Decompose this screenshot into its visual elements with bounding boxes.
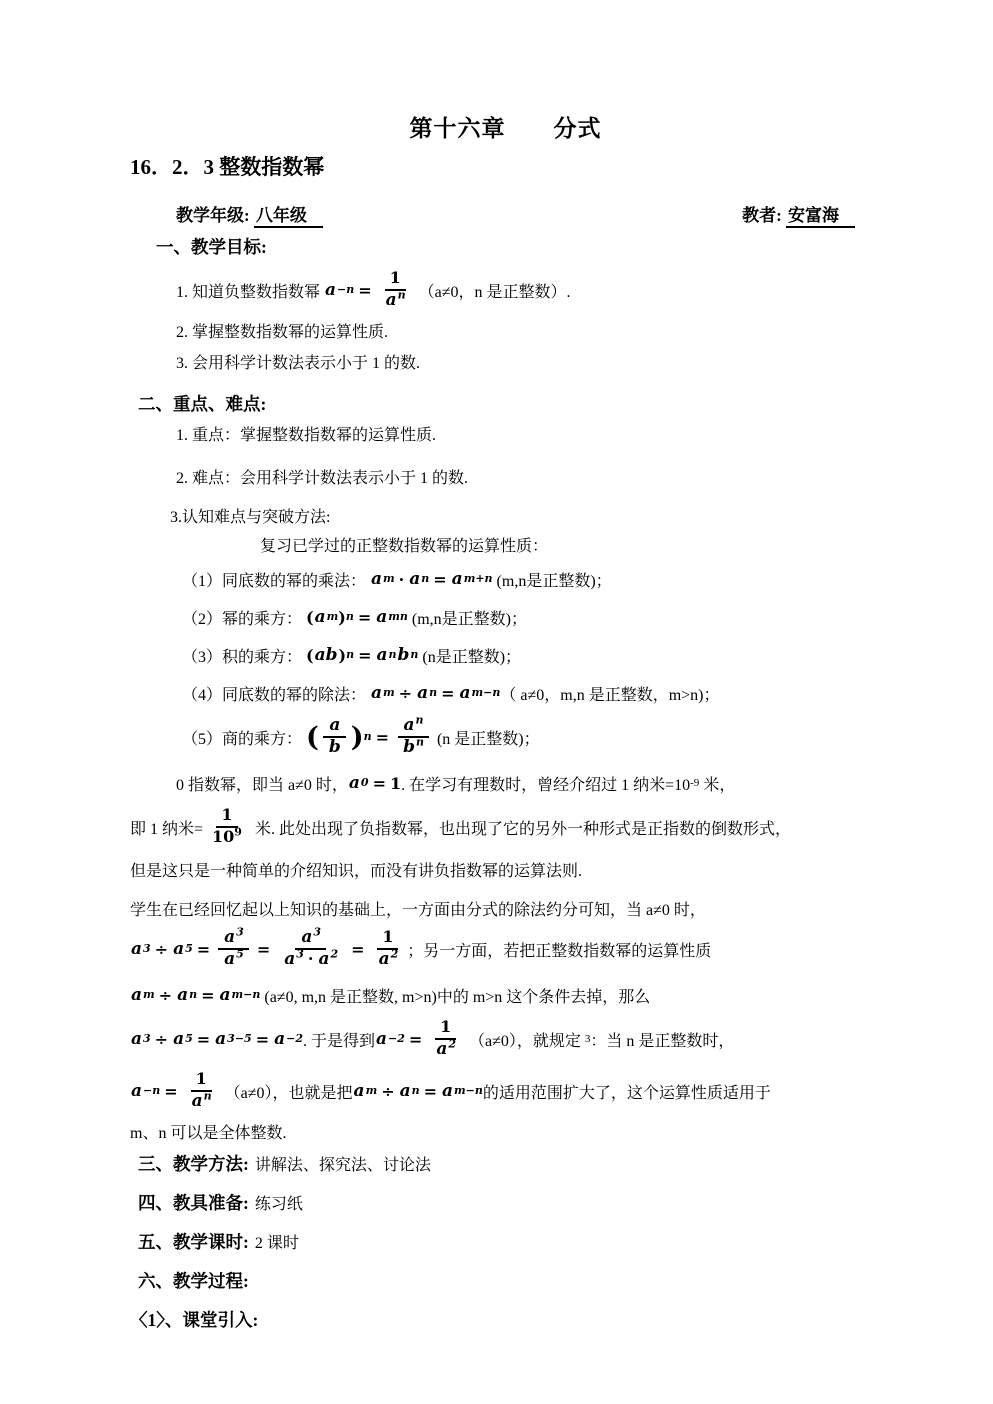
math-text: （a≠0），就规定 [465,1028,585,1051]
teaching-methods-label: 三、教学方法: [138,1154,249,1174]
math-variable: a [385,290,398,310]
review-intro: 复习已学过的正整数指数幂的运算性质： [260,533,881,556]
fraction-denominator: a5 [218,950,249,969]
math-variable: a [324,280,337,300]
math-operator: = [197,940,210,959]
section-teaching-process: 六、教学过程: [138,1268,881,1293]
math-superscript: 3 [313,926,321,939]
math-variable: a [378,949,391,969]
document-content: 第十六章 分式 16．2．3 整数指数幂 教学年级: 八年级 教者: 安富海 一… [0,0,993,1332]
math-variable: a [283,949,296,969]
student-para-line-5: a−n=1an （a≠0），也就是把am÷an=am−n的适用范围扩大了，这个运… [130,1068,881,1114]
property-4: （4）同底数的幂的除法： am÷an=am−n（ a≠0，m,n 是正整数，m>… [182,678,881,708]
math-operator: ÷ [155,940,168,959]
heading-teaching-goals: 一、教学目标: [156,234,881,259]
fraction-denominator: a2 [430,1040,461,1059]
section-teaching-hours: 五、教学课时:2 课时 [138,1229,881,1254]
goal-item-3: 3. 会用科学计数法表示小于 1 的数. [176,350,881,373]
math-superscript: 2 [391,948,399,961]
math-fraction: ab [323,717,347,757]
math-text: 1. 知道负整数指数幂 [176,279,324,302]
math-text: （1）同底数的幂的乘法： [182,568,370,591]
math-operator: · [399,570,405,589]
math-fraction: a3a3·a2 [278,929,343,969]
key-point-2: 2. 难点：会用科学计数法表示小于 1 的数. [176,465,881,488]
math-text: (a≠0, m,n 是正整数, m>n)中的 m>n 这个条件去掉，那么 [260,984,650,1007]
math-fraction: 1a2 [373,929,404,969]
math-operator: = [433,570,446,589]
goal-item-2: 2. 掌握整数指数幂的运算性质. [176,319,881,342]
math-variable: a [130,1029,143,1049]
math-text: (n 是正整数)； [433,726,540,749]
math-variable: b [402,737,416,757]
fraction-denominator: 109 [207,828,247,847]
math-variable: a [459,683,472,703]
math-superscript: 2 [448,1038,456,1051]
math-fraction: 1109 [207,807,247,847]
math-variable: a [223,927,236,947]
math-fraction: a3a5 [218,929,249,969]
teacher-field: 教者: 安富海 [742,201,855,226]
math-variable: a [191,1091,204,1111]
math-variable: a [353,1081,366,1101]
math-variable: a [214,1029,227,1049]
teaching-tools-label: 四、教具准备: [138,1193,249,1213]
math-operator: · [308,949,314,968]
teaching-hours-value: 2 课时 [255,1235,299,1252]
math-superscript: 5 [236,948,244,961]
math-operator: ÷ [399,684,412,703]
grade-value: 八年级 [254,206,323,228]
math-text: （a≠0，n 是正整数）. [415,279,571,302]
math-text: . 于是得到 [303,1028,375,1051]
math-text: . 在学习有理数时，曾经介绍过 1 纳米=10 [401,772,690,795]
math-variable: a [172,1029,185,1049]
student-para-line-2: a3÷a5=a3a5=a3a3·a2=1a2；另一方面，若把正整数指数幂的运算性… [130,926,881,972]
property-1: （1）同底数的幂的乘法： am·an=am+n (m,n是正整数)； [182,564,881,594]
teaching-methods-value: 讲解法、探究法、讨论法 [255,1157,431,1174]
math-operator: = [358,608,371,627]
math-variable: a [317,949,330,969]
classroom-intro-label: 〈1〉、课堂引入: [130,1310,258,1330]
math-variable: a [408,569,421,589]
math-text: (m,n是正整数)； [408,606,527,629]
math-operator: = [358,281,371,300]
math-variable: a [435,1039,448,1059]
math-bold: ) [338,608,346,627]
math-bold: 10 [212,827,234,846]
math-superscript: 3 [236,926,244,939]
math-fraction: 1an [380,270,411,310]
grade-field: 教学年级: 八年级 [176,201,323,226]
grade-label: 教学年级: [176,206,254,225]
math-text: （4）同底数的幂的除法： [182,682,370,705]
math-text: 的适用范围扩大了，这个运算性质适用于 [483,1080,771,1103]
math-superscript: 3 [296,948,304,961]
math-text: （2）幂的乘方： [182,606,306,629]
math-bold: 1 [221,805,232,824]
math-variable: a [314,607,327,627]
math-operator: ÷ [159,986,172,1005]
fraction-denominator: a2 [373,950,404,969]
math-operator: ÷ [155,1030,168,1049]
math-bold: ( [306,608,314,627]
math-variable: a [348,773,361,793]
math-text: 米. 此处出现了负指数幂，也出现了它的另外一种形式是正指数的倒数形式， [251,816,791,839]
student-para-line-1: 学生在已经回忆起以上知识的基础上，一方面由分式的除法约分可知，当 a≠0 时， [130,897,881,920]
math-variable: a [172,939,185,959]
math-superscript: n [398,289,406,302]
math-variable: b [328,737,342,757]
teaching-process-label: 六、教学过程: [138,1271,249,1291]
math-variable: a [300,927,313,947]
zero-power-line-2: 即 1 纳米=1109 米. 此处出现了负指数幂，也出现了它的另外一种形式是正指… [130,804,881,850]
property-5: （5）商的乘方： (ab)n=anbn (n 是正整数)； [182,714,881,760]
math-operator: = [164,1082,177,1101]
math-text: (n是正整数)； [418,644,521,667]
math-variable: a [218,985,231,1005]
fraction-numerator: a [323,717,346,738]
math-variable: a [375,645,388,665]
math-text: 即 1 纳米= [130,816,203,839]
math-operator: = [424,1082,437,1101]
teacher-label: 教者: [742,206,786,225]
math-variable: a [223,949,236,969]
math-bold: 1 [440,1017,451,1036]
math-fraction: 1an [186,1071,217,1111]
fraction-denominator: b [323,738,347,757]
student-para-line-6: m、n 可以是全体整数. [130,1120,881,1143]
property-2: （2）幂的乘方： (am)n=amn (m,n是正整数)； [182,602,881,632]
math-operator: = [373,774,386,793]
math-operator: = [201,986,214,1005]
math-variable: a [328,715,341,735]
math-text: 0 指数幂，即当 a≠0 时， [176,772,348,795]
math-bold: 1 [382,927,393,946]
math-operator: = [257,940,270,959]
math-bold: ( [306,646,314,665]
math-variable: a [130,1081,143,1101]
math-operator: = [441,684,454,703]
math-operator: = [197,1030,210,1049]
chapter-title: 第十六章 分式 [130,110,881,143]
math-fraction: anbn [397,717,429,757]
math-variable: a [416,683,429,703]
math-operator: = [256,1030,269,1049]
math-variable: a [130,985,143,1005]
fraction-denominator: an [186,1092,217,1111]
math-bold: 1 [390,774,401,793]
math-variable: a [176,985,189,1005]
math-variable: a [451,569,464,589]
fraction-numerator: a3 [218,929,249,950]
math-text: ：当 n 是正整数时， [590,1028,734,1051]
math-text: ；另一方面，若把正整数指数幂的运算性质 [407,938,711,961]
math-bold: 1 [196,1069,207,1088]
student-para-line-3: am÷an=am−n (a≠0, m,n 是正整数, m>n)中的 m>n 这个… [130,980,881,1010]
teacher-value: 安富海 [786,206,855,228]
math-operator: = [358,646,371,665]
math-big-paren: ) [351,725,364,749]
math-operator: = [376,728,389,747]
math-superscript: n [416,714,424,727]
math-bold: ) [339,646,347,665]
math-superscript: n [204,1090,212,1103]
zero-power-line-1: 0 指数幂，即当 a≠0 时，a0=1. 在学习有理数时，曾经介绍过 1 纳米=… [176,768,881,798]
math-variable: a [370,569,383,589]
section-teaching-tools: 四、教具准备:练习纸 [138,1190,881,1215]
math-superscript: n [416,736,424,749]
math-variable: a [273,1029,286,1049]
classroom-intro-heading: 〈1〉、课堂引入: [130,1307,881,1332]
section-number-title: 16．2．3 整数指数幂 [130,151,881,181]
math-operator: = [351,940,364,959]
math-operator: ÷ [381,1082,394,1101]
section-teaching-methods: 三、教学方法:讲解法、探究法、讨论法 [138,1151,881,1176]
math-text: （ a≠0，m,n 是正整数，m>n)； [500,682,719,705]
math-superscript: 9 [234,826,242,839]
goal-item-1: 1. 知道负整数指数幂 a−n=1an （a≠0，n 是正整数）. [176,267,881,313]
math-variable: a [403,715,416,735]
fraction-denominator: an [380,291,411,310]
property-3: （3）积的乘方： (ab)n=anbn (n是正整数)； [182,640,881,670]
math-variable: a [130,939,143,959]
math-text: （a≠0），也就是把 [221,1080,353,1103]
math-variable: ab [314,645,339,665]
math-variable: a [375,607,388,627]
document-page: 第十六章 分式 16．2．3 整数指数幂 教学年级: 八年级 教者: 安富海 一… [0,0,993,1404]
math-superscript: 2 [331,948,339,961]
math-variable: a [441,1081,454,1101]
math-bold: 1 [390,268,401,287]
math-text: 米， [699,772,735,795]
meta-row: 教学年级: 八年级 教者: 安富海 [130,201,881,226]
zero-power-line-3: 但是这只是一种简单的介绍知识，而没有讲负指数幂的运算法则. [130,858,881,881]
student-para-line-4: a3÷a5=a3−5=a−2. 于是得到a−2=1a2 （a≠0），就规定 3：… [130,1016,881,1062]
math-variable: b [397,645,411,665]
math-fraction: 1a2 [430,1019,461,1059]
teaching-hours-label: 五、教学课时: [138,1232,249,1252]
heading-key-points: 二、重点、难点: [138,391,881,416]
math-text: （3）积的乘方： [182,644,306,667]
math-big-paren: ( [306,725,319,749]
math-variable: a [399,1081,412,1101]
math-variable: a [375,1029,388,1049]
math-variable: a [370,683,383,703]
teaching-tools-value: 练习纸 [255,1196,303,1213]
math-operator: = [409,1030,422,1049]
math-text: (m,n是正整数)； [493,568,612,591]
fraction-denominator: a3·a2 [278,950,343,969]
key-point-1: 1. 重点：掌握整数指数幂的运算性质. [176,422,881,445]
fraction-denominator: bn [397,738,429,757]
key-point-3: 3.认知难点与突破方法: [170,504,881,527]
math-text: （5）商的乘方： [182,726,306,749]
